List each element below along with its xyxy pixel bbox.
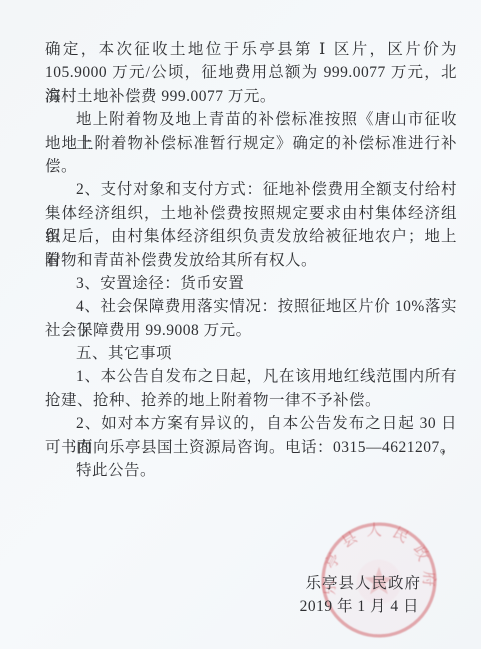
document-line: 社会保障费用 99.9008 万元。	[45, 319, 457, 342]
document-line: 确定，本次征收土地位于乐亭县第 Ⅰ 区片，区片价为	[45, 38, 457, 61]
document-line: 2、如对本方案有异议的，自本公告发布之日起 30 日内，	[45, 412, 457, 435]
issuing-authority: 乐亭县人民政府	[0, 572, 421, 595]
document-line: 地地上附着物补偿标准暂行规定》确定的补偿标准进行补	[45, 132, 457, 155]
document-line: 特此公告。	[45, 459, 457, 482]
scanned-document-page: 确定，本次征收土地位于乐亭县第 Ⅰ 区片，区片价为105.9000 万元/公顷，…	[0, 0, 481, 649]
document-line: 可书面向乐亭县国土资源局咨询。电话：0315—4621207。	[45, 436, 457, 459]
document-body: 确定，本次征收土地位于乐亭县第 Ⅰ 区片，区片价为105.9000 万元/公顷，…	[45, 38, 457, 482]
document-line: 3、安置途径：货币安置	[45, 272, 457, 295]
document-line: 4、社会保障费用落实情况：按照征地区片价 10%落实了	[45, 295, 457, 318]
document-line: 滨村土地补偿费 999.0077 万元。	[45, 85, 457, 108]
document-line: 1、本公告自发布之日起，凡在该用地红线范围内所有	[45, 365, 457, 388]
document-line: 留足后，由村集体经济组织负责发放给被征地农户；地上附	[45, 225, 457, 248]
document-line: 着物和青苗补偿费发放给其所有权人。	[45, 249, 457, 272]
document-line: 偿。	[45, 155, 457, 178]
issue-date: 2019 年 1 月 4 日	[0, 595, 421, 618]
document-line: 105.9000 万元/公顷，征地费用总额为 999.0077 万元，北海	[45, 61, 457, 84]
document-line: 地上附着物及地上青苗的补偿标准按照《唐山市征收土	[45, 108, 457, 131]
signature-block: 乐亭县人民政府 2019 年 1 月 4 日	[0, 572, 421, 618]
document-line: 五、其它事项	[45, 342, 457, 365]
document-line: 抢建、抢种、抢养的地上附着物一律不予补偿。	[45, 389, 457, 412]
document-line: 2、支付对象和支付方式：征地补偿费用全额支付给村	[45, 178, 457, 201]
document-line: 集体经济组织，土地补偿费按照规定要求由村集体经济组织	[45, 202, 457, 225]
